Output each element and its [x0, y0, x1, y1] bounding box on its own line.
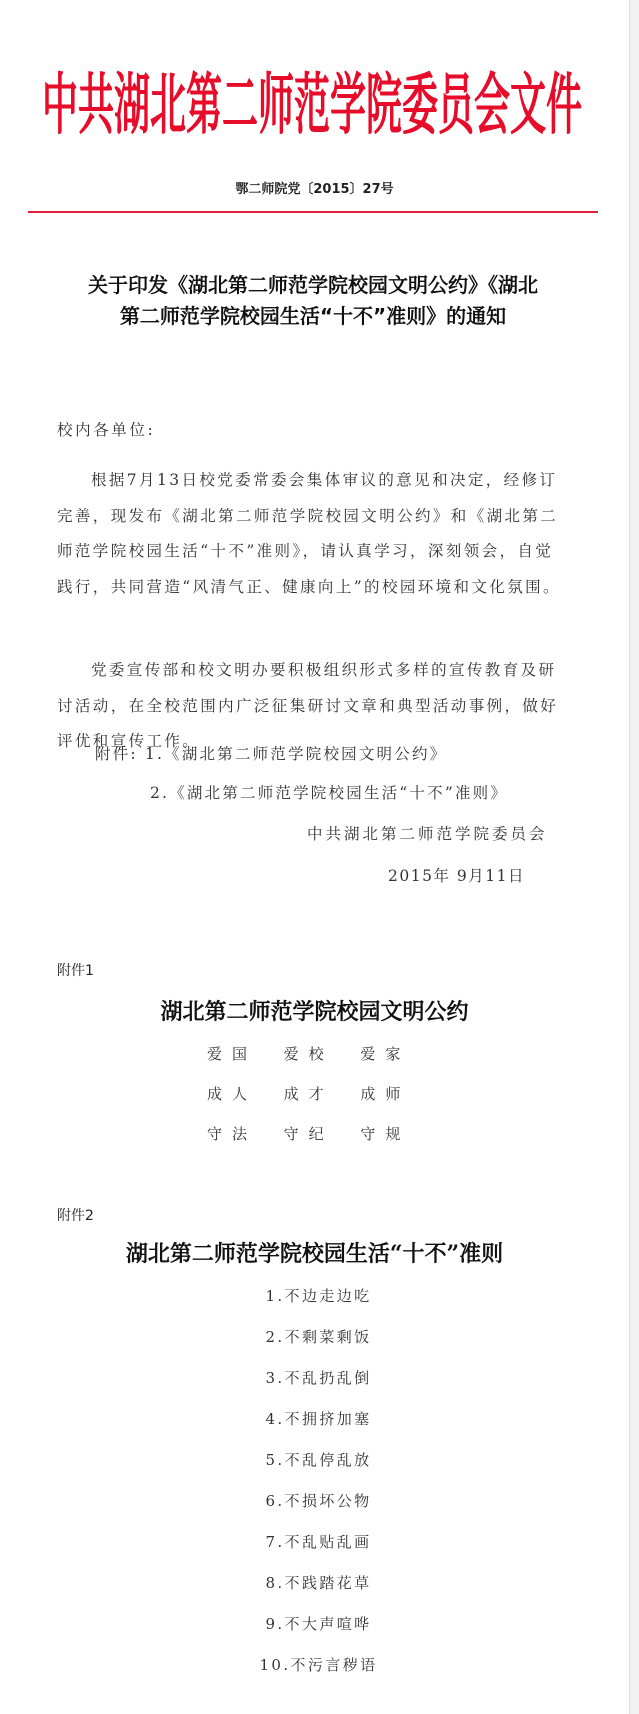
attachment-1-label: 附件1 [57, 960, 94, 980]
rule-item: 3.不乱扔乱倒 [0, 1367, 629, 1408]
pledge-item: 守纪 [284, 1123, 361, 1163]
pledge-row: 爱国 爱校 爱家 [207, 1043, 437, 1083]
attachment-1-title: 湖北第二师范学院校园文明公约 [0, 995, 629, 1026]
attachment-2-title: 湖北第二师范学院校园生活“十不”准则 [0, 1237, 629, 1268]
pledge-row: 守法 守纪 守规 [207, 1123, 437, 1163]
notice-title-line-1: 关于印发《湖北第二师范学院校园文明公约》《湖北 [48, 270, 578, 301]
pledge-item: 成师 [360, 1083, 437, 1123]
page-side-gutter [629, 0, 639, 1714]
ten-rules-list: 1.不边走边吃 2.不剩菜剩饭 3.不乱扔乱倒 4.不拥挤加塞 5.不乱停乱放 … [0, 1285, 629, 1695]
notice-title-line-2: 第二师范学院校园生活“十不”准则》的通知 [48, 301, 578, 332]
pledge-item: 爱家 [360, 1043, 437, 1083]
pledge-item: 成人 [207, 1083, 284, 1123]
rule-item: 5.不乱停乱放 [0, 1449, 629, 1490]
salutation: 校内各单位: [57, 418, 567, 440]
signing-date: 2015年 9月11日 [388, 864, 525, 886]
rule-item: 6.不损坏公物 [0, 1490, 629, 1531]
rule-item: 8.不践踏花草 [0, 1572, 629, 1613]
rule-item: 1.不边走边吃 [0, 1285, 629, 1326]
pledge-row: 成人 成才 成师 [207, 1083, 437, 1123]
attachment-reference-1: 附件: 1.《湖北第二师范学院校园文明公约》 [95, 742, 447, 764]
pledge-item: 爱校 [284, 1043, 361, 1083]
notice-title: 关于印发《湖北第二师范学院校园文明公约》《湖北 第二师范学院校园生活“十不”准则… [48, 270, 578, 332]
signer: 中共湖北第二师范学院委员会 [307, 822, 548, 844]
civility-pledge-grid: 爱国 爱校 爱家 成人 成才 成师 守法 守纪 守规 [207, 1043, 437, 1163]
attachment-reference-2: 2.《湖北第二师范学院校园生活“十不”准则》 [150, 781, 508, 803]
rule-item: 9.不大声喧哗 [0, 1613, 629, 1654]
rule-item: 2.不剩菜剩饭 [0, 1326, 629, 1367]
pledge-item: 守法 [207, 1123, 284, 1163]
rule-item: 4.不拥挤加塞 [0, 1408, 629, 1449]
attachment-2-label: 附件2 [57, 1205, 94, 1225]
pledge-item: 守规 [360, 1123, 437, 1163]
body-paragraph-1: 根据7月13日校党委常委会集体审议的意见和决定，经修订完善，现发布《湖北第二师范… [57, 463, 567, 605]
document-page: 中共湖北第二师范学院委员会文件 鄂二师院党〔2015〕27号 关于印发《湖北第二… [0, 0, 629, 1714]
pledge-item: 成才 [284, 1083, 361, 1123]
masthead: 中共湖北第二师范学院委员会文件 [40, 62, 584, 152]
rule-item: 10.不污言秽语 [0, 1654, 629, 1695]
red-divider [28, 211, 598, 213]
document-number: 鄂二师院党〔2015〕27号 [0, 178, 629, 197]
masthead-title: 中共湖北第二师范学院委员会文件 [42, 74, 582, 141]
rule-item: 7.不乱贴乱画 [0, 1531, 629, 1572]
pledge-item: 爱国 [207, 1043, 284, 1083]
